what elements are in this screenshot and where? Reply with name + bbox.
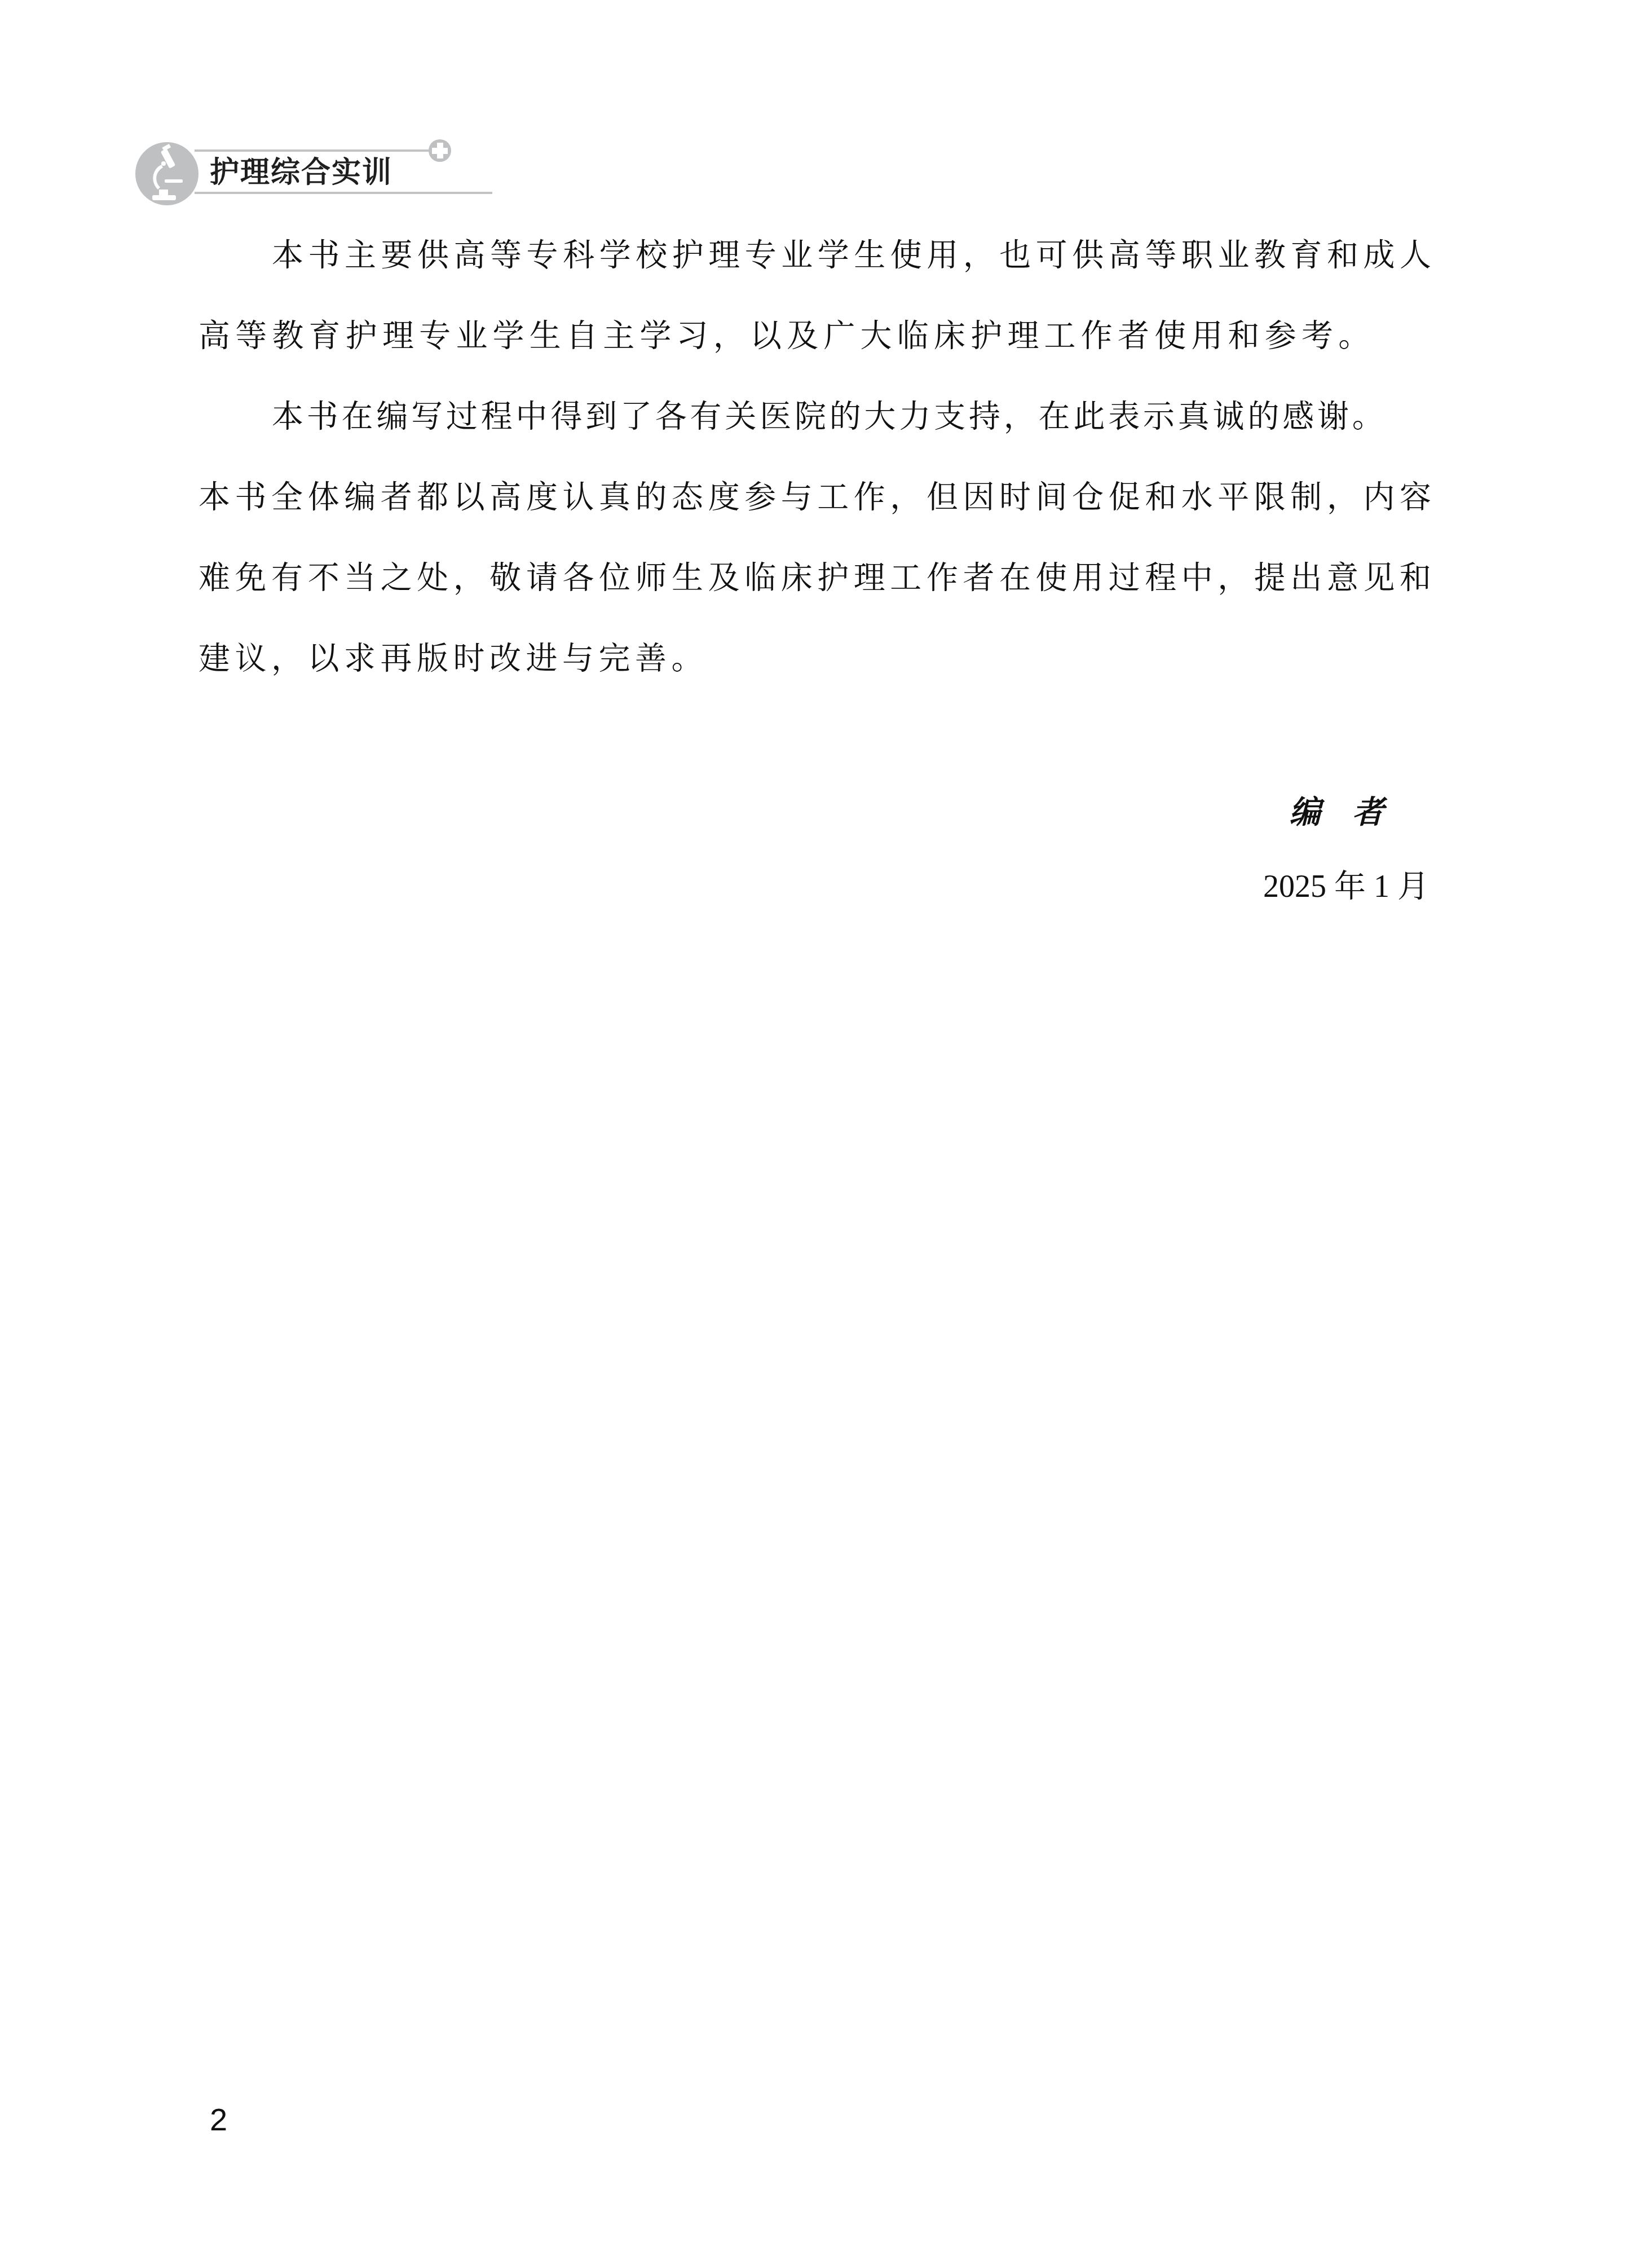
- header-rule-top: [195, 149, 430, 152]
- signature-date: 2025 年 1 月: [1263, 867, 1429, 906]
- cross-horizontal-bar: [432, 148, 448, 154]
- text-line: 高等教育护理专业学生自主学习，以及广大临床护理工作者使用和参考。: [198, 316, 1431, 356]
- microscope-icon: [135, 142, 198, 205]
- text-line: 建议，以求再版时改进与完善。: [198, 639, 1431, 679]
- text-line: 本书主要供高等专科学校护理专业学生使用，也可供高等职业教育和成人: [272, 236, 1431, 275]
- text-line: 本书全体编者都以高度认真的态度参与工作，但因时间仓促和水平限制，内容: [198, 478, 1431, 517]
- microscope-glyph: [135, 142, 198, 205]
- running-header: 护理综合实训: [0, 0, 1628, 226]
- author-signature: 编 者: [1289, 790, 1384, 835]
- text-line: 难免有不当之处，敬请各位师生及临床护理工作者在使用过程中，提出意见和: [198, 558, 1431, 598]
- book-title: 护理综合实训: [210, 156, 392, 190]
- medical-cross-icon: [429, 139, 451, 162]
- page-number: 2: [210, 2103, 227, 2137]
- header-rule-bottom: [195, 192, 492, 194]
- text-line: 本书在编写过程中得到了各有关医院的大力支持，在此表示真诚的感谢。: [272, 397, 1431, 437]
